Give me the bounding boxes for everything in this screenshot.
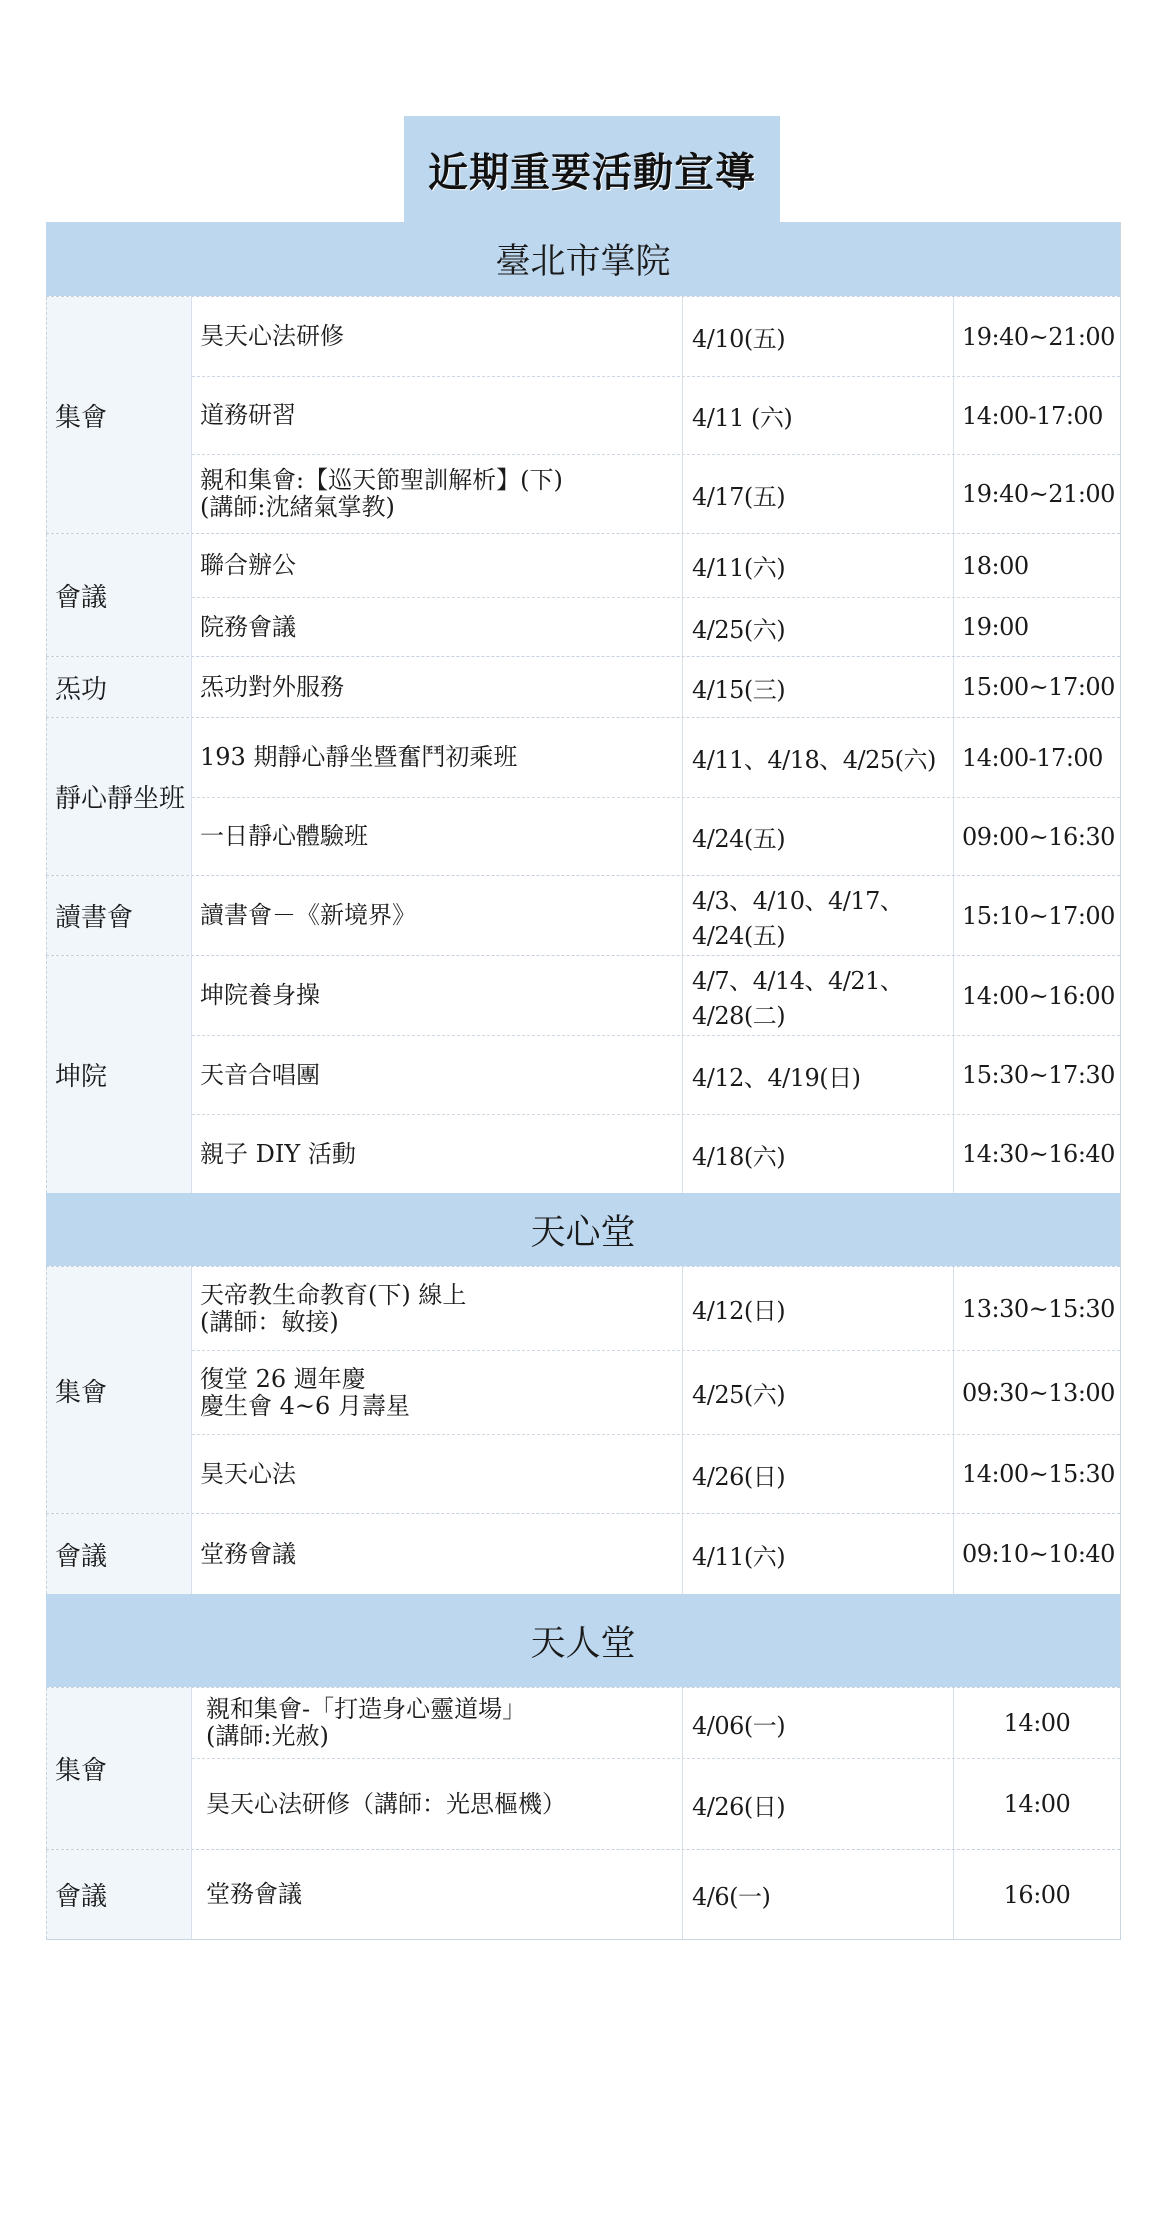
table-row: 天音合唱團 4/12、4/19(日) 15:30~17:30 xyxy=(192,1035,1120,1114)
category-label: 會議 xyxy=(46,1514,192,1594)
time-cell: 09:30~13:00 xyxy=(954,1351,1120,1434)
time-cell: 09:10~10:40 xyxy=(954,1514,1120,1594)
table-row: 道務研習 4/11 (六) 14:00-17:00 xyxy=(192,376,1120,454)
table-row: 讀書會－《新境界》 4/3、4/10、4/17、4/24(五) 15:10~17… xyxy=(192,876,1120,955)
activity-cell: 堂務會議 xyxy=(192,1850,683,1939)
time-cell: 19:00 xyxy=(954,598,1120,656)
date-cell: 4/6(一) xyxy=(683,1850,954,1939)
activity-cell: 天帝教生命教育(下) 線上 (講師：敏接) xyxy=(192,1267,683,1350)
category-label: 集會 xyxy=(46,1688,192,1849)
group-kunyuan: 坤院 坤院養身操 4/7、4/14、4/21、4/28(二) 14:00~16:… xyxy=(46,955,1120,1193)
date-cell: 4/11(六) xyxy=(683,1514,954,1594)
activity-cell: 一日靜心體驗班 xyxy=(192,798,683,875)
table-row: 一日靜心體驗班 4/24(五) 09:00~16:30 xyxy=(192,797,1120,875)
time-cell: 09:00~16:30 xyxy=(954,798,1120,875)
activity-cell: 193 期靜心靜坐暨奮鬥初乘班 xyxy=(192,718,683,797)
activity-cell: 親子 DIY 活動 xyxy=(192,1115,683,1193)
table-row: 堂務會議 4/11(六) 09:10~10:40 xyxy=(192,1514,1120,1594)
time-cell: 16:00 xyxy=(954,1850,1120,1939)
group-book-club: 讀書會 讀書會－《新境界》 4/3、4/10、4/17、4/24(五) 15:1… xyxy=(46,875,1120,955)
activity-cell: 昊天心法研修 xyxy=(192,297,683,376)
group-gathering: 集會 昊天心法研修 4/10(五) 19:40~21:00 道務研習 4/11 … xyxy=(46,296,1120,533)
table-row: 天帝教生命教育(下) 線上 (講師：敏接) 4/12(日) 13:30~15:3… xyxy=(192,1267,1120,1350)
table-row: 堂務會議 4/6(一) 16:00 xyxy=(192,1850,1120,1939)
date-cell: 4/18(六) xyxy=(683,1115,954,1193)
page-title: 近期重要活動宣導 xyxy=(428,141,756,198)
table-row: 聯合辦公 4/11(六) 18:00 xyxy=(192,534,1120,597)
activity-cell: 昊天心法研修（講師：光思樞機） xyxy=(192,1759,683,1849)
table-row: 院務會議 4/25(六) 19:00 xyxy=(192,597,1120,656)
date-cell: 4/11(六) xyxy=(683,534,954,597)
activity-cell: 親和集會-「打造身心靈道場」 (講師:光赦) xyxy=(192,1688,683,1758)
date-cell: 4/11 (六) xyxy=(683,377,954,454)
time-cell: 14:00 xyxy=(954,1688,1120,1758)
group-gathering: 集會 天帝教生命教育(下) 線上 (講師：敏接) 4/12(日) 13:30~1… xyxy=(46,1266,1120,1513)
time-cell: 14:00-17:00 xyxy=(954,718,1120,797)
table-row: 昊天心法 4/26(日) 14:00~15:30 xyxy=(192,1434,1120,1513)
group-meeting: 會議 堂務會議 4/11(六) 09:10~10:40 xyxy=(46,1513,1120,1594)
time-cell: 19:40~21:00 xyxy=(954,297,1120,376)
group-meeting: 會議 堂務會議 4/6(一) 16:00 xyxy=(46,1849,1120,1939)
table-row: 親子 DIY 活動 4/18(六) 14:30~16:40 xyxy=(192,1114,1120,1193)
date-cell: 4/26(日) xyxy=(683,1435,954,1513)
table-row: 炁功對外服務 4/15(三) 15:00~17:00 xyxy=(192,657,1120,717)
activity-cell: 讀書會－《新境界》 xyxy=(192,876,683,955)
activity-cell: 復堂 26 週年慶 慶生會 4~6 月壽星 xyxy=(192,1351,683,1434)
date-cell: 4/12、4/19(日) xyxy=(683,1036,954,1114)
table-row: 193 期靜心靜坐暨奮鬥初乘班 4/11、4/18、4/25(六) 14:00-… xyxy=(192,718,1120,797)
date-cell: 4/12(日) xyxy=(683,1267,954,1350)
time-cell: 19:40~21:00 xyxy=(954,455,1120,533)
activity-cell: 道務研習 xyxy=(192,377,683,454)
activity-cell: 親和集會:【巡天節聖訓解析】(下) (講師:沈緒氣掌教) xyxy=(192,455,683,533)
table-row: 親和集會:【巡天節聖訓解析】(下) (講師:沈緒氣掌教) 4/17(五) 19:… xyxy=(192,454,1120,533)
date-cell: 4/15(三) xyxy=(683,657,954,717)
date-cell: 4/25(六) xyxy=(683,1351,954,1434)
date-cell: 4/7、4/14、4/21、4/28(二) xyxy=(683,956,954,1035)
category-label: 炁功 xyxy=(46,657,192,717)
date-cell: 4/17(五) xyxy=(683,455,954,533)
date-cell: 4/10(五) xyxy=(683,297,954,376)
time-cell: 14:00-17:00 xyxy=(954,377,1120,454)
group-meeting: 會議 聯合辦公 4/11(六) 18:00 院務會議 4/25(六) 19:00 xyxy=(46,533,1120,656)
time-cell: 14:00~16:00 xyxy=(954,956,1120,1035)
table-row: 坤院養身操 4/7、4/14、4/21、4/28(二) 14:00~16:00 xyxy=(192,956,1120,1035)
date-cell: 4/06(一) xyxy=(683,1688,954,1758)
time-cell: 14:00 xyxy=(954,1759,1120,1849)
schedule-table: 臺北市掌院 集會 昊天心法研修 4/10(五) 19:40~21:00 道務研習… xyxy=(46,222,1121,1940)
table-row: 昊天心法研修 4/10(五) 19:40~21:00 xyxy=(192,297,1120,376)
date-cell: 4/25(六) xyxy=(683,598,954,656)
time-cell: 15:00~17:00 xyxy=(954,657,1120,717)
time-cell: 14:00~15:30 xyxy=(954,1435,1120,1513)
table-row: 親和集會-「打造身心靈道場」 (講師:光赦) 4/06(一) 14:00 xyxy=(192,1688,1120,1758)
date-cell: 4/24(五) xyxy=(683,798,954,875)
category-label: 靜心靜坐班 xyxy=(46,718,192,875)
date-cell: 4/26(日) xyxy=(683,1759,954,1849)
time-cell: 14:30~16:40 xyxy=(954,1115,1120,1193)
section-header-tianren: 天人堂 xyxy=(46,1594,1120,1687)
activity-cell: 天音合唱團 xyxy=(192,1036,683,1114)
time-cell: 15:30~17:30 xyxy=(954,1036,1120,1114)
group-qigong: 炁功 炁功對外服務 4/15(三) 15:00~17:00 xyxy=(46,656,1120,717)
category-label: 會議 xyxy=(46,534,192,656)
time-cell: 13:30~15:30 xyxy=(954,1267,1120,1350)
date-cell: 4/11、4/18、4/25(六) xyxy=(683,718,954,797)
activity-cell: 坤院養身操 xyxy=(192,956,683,1035)
group-meditation-class: 靜心靜坐班 193 期靜心靜坐暨奮鬥初乘班 4/11、4/18、4/25(六) … xyxy=(46,717,1120,875)
page-title-box: 近期重要活動宣導 xyxy=(404,116,780,222)
activity-cell: 昊天心法 xyxy=(192,1435,683,1513)
category-label: 會議 xyxy=(46,1850,192,1939)
section-header-tianxin: 天心堂 xyxy=(46,1193,1120,1266)
category-label: 集會 xyxy=(46,297,192,533)
time-cell: 15:10~17:00 xyxy=(954,876,1120,955)
table-row: 昊天心法研修（講師：光思樞機） 4/26(日) 14:00 xyxy=(192,1758,1120,1849)
date-cell: 4/3、4/10、4/17、4/24(五) xyxy=(683,876,954,955)
section-header-taipei: 臺北市掌院 xyxy=(46,222,1120,296)
activity-cell: 堂務會議 xyxy=(192,1514,683,1594)
category-label: 坤院 xyxy=(46,956,192,1193)
time-cell: 18:00 xyxy=(954,534,1120,597)
activity-cell: 院務會議 xyxy=(192,598,683,656)
activity-cell: 炁功對外服務 xyxy=(192,657,683,717)
category-label: 集會 xyxy=(46,1267,192,1513)
category-label: 讀書會 xyxy=(46,876,192,955)
table-row: 復堂 26 週年慶 慶生會 4~6 月壽星 4/25(六) 09:30~13:0… xyxy=(192,1350,1120,1434)
group-gathering: 集會 親和集會-「打造身心靈道場」 (講師:光赦) 4/06(一) 14:00 … xyxy=(46,1687,1120,1849)
activity-cell: 聯合辦公 xyxy=(192,534,683,597)
